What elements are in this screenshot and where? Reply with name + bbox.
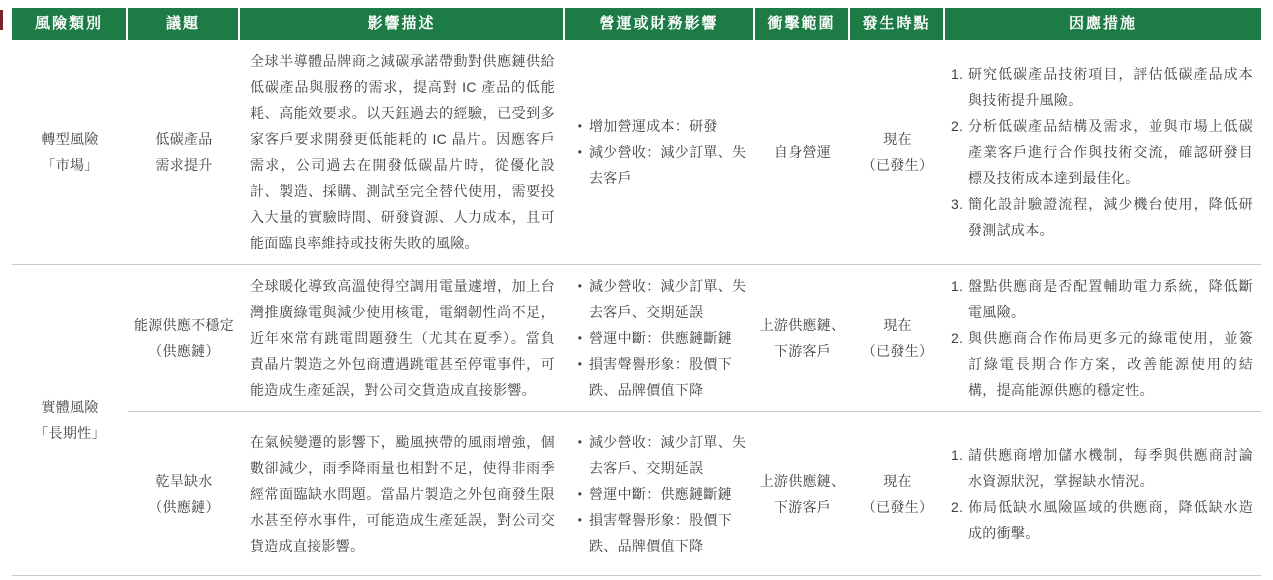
financial-impact-cell: • 減少營收：減少訂單、失去客戶、交期延誤 • 營運中斷：供應鏈斷鏈 • 損害聲… [565,264,755,411]
impact-item-text: 減少營收：減少訂單、失去客戶、交期延誤 [589,273,751,325]
bullet-icon: • [571,429,589,455]
occurrence-time-line: （已發生） [862,494,934,520]
occurrence-time-line: 現在 [883,312,912,338]
page-edge-artifact [0,10,3,30]
impact-description-text: 全球半導體品牌商之減碳承諾帶動對供應鏈供給低碳產品與服務的需求，提高對 IC 產… [250,48,555,256]
measure-item: 1. 研究低碳產品技術項目，評估低碳產品成本與技術提升風險。 [951,61,1253,113]
measure-text: 分析低碳產品結構及需求，並與市場上低碳產業客戶進行合作與技術交流，確認研發目標及… [968,113,1253,191]
measure-item: 3. 簡化設計驗證流程，減少機台使用，降低研發測試成本。 [951,191,1253,243]
measure-text: 與供應商合作佈局更多元的綠電使用，並簽訂綠電長期合作方案，改善能源使用的結構，提… [968,325,1253,403]
occurrence-time-line: （已發生） [862,152,934,178]
bullet-icon: • [571,113,589,139]
response-measures-cell: 1. 研究低碳產品技術項目，評估低碳產品成本與技術提升風險。 2. 分析低碳產品… [945,40,1261,264]
impact-item-text: 營運中斷：供應鏈斷鏈 [589,481,751,507]
occurrence-time-line: 現在 [883,126,912,152]
risk-category-line: 轉型風險 [41,126,98,152]
impact-item-text: 增加營運成本：研發 [589,113,751,139]
impact-scope-line: 下游客戶 [774,494,831,520]
bullet-icon: • [571,507,589,533]
occurrence-time-line: （已發生） [862,338,934,364]
measure-item: 2. 與供應商合作佈局更多元的綠電使用，並簽訂綠電長期合作方案，改善能源使用的結… [951,325,1253,403]
bullet-icon: • [571,325,589,351]
impact-scope-line: 自身營運 [774,139,831,165]
header-impact-scope: 衝擊範圍 [755,8,850,40]
impact-item: • 增加營運成本：研發 [571,113,751,139]
impact-scope-cell: 上游供應鏈、 下游客戶 [755,411,850,575]
impact-item: • 營運中斷：供應鏈斷鏈 [571,481,751,507]
impact-item: • 營運中斷：供應鏈斷鏈 [571,325,751,351]
impact-item: • 損害聲譽形象：股價下跌、品牌價值下降 [571,351,751,403]
response-measures-cell: 1. 盤點供應商是否配置輔助電力系統，降低斷電風險。 2. 與供應商合作佈局更多… [945,264,1261,411]
risk-category-line: 實體風險 [41,394,98,420]
header-impact-description: 影響描述 [240,8,565,40]
issue-line: 能源供應不穩定 [134,312,234,338]
issue-line: （供應鏈） [148,494,220,520]
issue-energy-supply: 能源供應不穩定 （供應鏈） [128,264,240,411]
issue-drought-water: 乾旱缺水 （供應鏈） [128,411,240,575]
impact-scope-cell: 上游供應鏈、 下游客戶 [755,264,850,411]
occurrence-time-line: 現在 [883,468,912,494]
header-occurrence-time: 發生時點 [850,8,945,40]
measure-text: 簡化設計驗證流程，減少機台使用，降低研發測試成本。 [968,191,1253,243]
issue-low-carbon-demand: 低碳產品 需求提升 [128,40,240,264]
issue-line: 需求提升 [155,152,212,178]
measure-number: 1. [951,273,968,299]
header-operational-financial-impact: 營運或財務影響 [565,8,755,40]
bullet-icon: • [571,139,589,165]
bullet-icon: • [571,273,589,299]
risk-category-line: 「市場」 [41,152,98,178]
impact-scope-line: 下游客戶 [774,338,831,364]
measure-number: 2. [951,494,968,520]
climate-risk-table: 風險類別 議題 影響描述 營運或財務影響 衝擊範圍 發生時點 因應措施 轉型風險… [12,8,1261,576]
impact-item-text: 損害聲譽形象：股價下跌、品牌價值下降 [589,507,751,559]
impact-description-cell: 在氣候變遷的影響下，颱風挾帶的風雨增強，個數卻減少，雨季降雨量也相對不足，使得非… [240,411,565,575]
measure-text: 請供應商增加儲水機制，每季與供應商討論水資源狀況，掌握缺水情況。 [968,442,1253,494]
impact-item: • 減少營收：減少訂單、失去客戶、交期延誤 [571,429,751,481]
impact-item: • 減少營收：減少訂單、失去客戶 [571,139,751,191]
measure-text: 佈局低缺水風險區域的供應商，降低缺水造成的衝擊。 [968,494,1253,546]
financial-impact-cell: • 增加營運成本：研發 • 減少營收：減少訂單、失去客戶 [565,40,755,264]
measure-number: 1. [951,442,968,468]
impact-item-text: 減少營收：減少訂單、失去客戶 [589,139,751,191]
risk-category-line: 「長期性」 [34,420,106,446]
measure-number: 2. [951,325,968,351]
measure-number: 1. [951,61,968,87]
occurrence-time-cell: 現在 （已發生） [850,40,945,264]
issue-line: 低碳產品 [155,126,212,152]
measure-number: 3. [951,191,968,217]
financial-impact-cell: • 減少營收：減少訂單、失去客戶、交期延誤 • 營運中斷：供應鏈斷鏈 • 損害聲… [565,411,755,575]
measure-item: 2. 分析低碳產品結構及需求，並與市場上低碳產業客戶進行合作與技術交流，確認研發… [951,113,1253,191]
risk-category-transition: 轉型風險 「市場」 [12,40,128,264]
risk-category-physical: 實體風險 「長期性」 [12,264,128,575]
occurrence-time-cell: 現在 （已發生） [850,411,945,575]
header-risk-category: 風險類別 [12,8,128,40]
issue-line: 乾旱缺水 [155,468,212,494]
header-issue: 議題 [128,8,240,40]
impact-description-text: 全球暖化導致高溫使得空調用電量遽增，加上台灣推廣綠電與減少使用核電，電網韌性尚不… [250,273,555,403]
bullet-icon: • [571,481,589,507]
measure-item: 1. 盤點供應商是否配置輔助電力系統，降低斷電風險。 [951,273,1253,325]
bullet-icon: • [571,351,589,377]
impact-item-text: 損害聲譽形象：股價下跌、品牌價值下降 [589,351,751,403]
measure-number: 2. [951,113,968,139]
impact-item: • 損害聲譽形象：股價下跌、品牌價值下降 [571,507,751,559]
measure-item: 1. 請供應商增加儲水機制，每季與供應商討論水資源狀況，掌握缺水情況。 [951,442,1253,494]
impact-item-text: 營運中斷：供應鏈斷鏈 [589,325,751,351]
impact-description-cell: 全球暖化導致高溫使得空調用電量遽增，加上台灣推廣綠電與減少使用核電，電網韌性尚不… [240,264,565,411]
header-response-measures: 因應措施 [945,8,1261,40]
measure-text: 盤點供應商是否配置輔助電力系統，降低斷電風險。 [968,273,1253,325]
measure-item: 2. 佈局低缺水風險區域的供應商，降低缺水造成的衝擊。 [951,494,1253,546]
impact-scope-line: 上游供應鏈、 [760,312,846,338]
response-measures-cell: 1. 請供應商增加儲水機制，每季與供應商討論水資源狀況，掌握缺水情況。 2. 佈… [945,411,1261,575]
impact-description-cell: 全球半導體品牌商之減碳承諾帶動對供應鏈供給低碳產品與服務的需求，提高對 IC 產… [240,40,565,264]
issue-line: （供應鏈） [148,338,220,364]
impact-scope-line: 上游供應鏈、 [760,468,846,494]
measure-text: 研究低碳產品技術項目，評估低碳產品成本與技術提升風險。 [968,61,1253,113]
impact-item-text: 減少營收：減少訂單、失去客戶、交期延誤 [589,429,751,481]
impact-item: • 減少營收：減少訂單、失去客戶、交期延誤 [571,273,751,325]
impact-description-text: 在氣候變遷的影響下，颱風挾帶的風雨增強，個數卻減少，雨季降雨量也相對不足，使得非… [250,429,555,559]
occurrence-time-cell: 現在 （已發生） [850,264,945,411]
impact-scope-cell: 自身營運 [755,40,850,264]
